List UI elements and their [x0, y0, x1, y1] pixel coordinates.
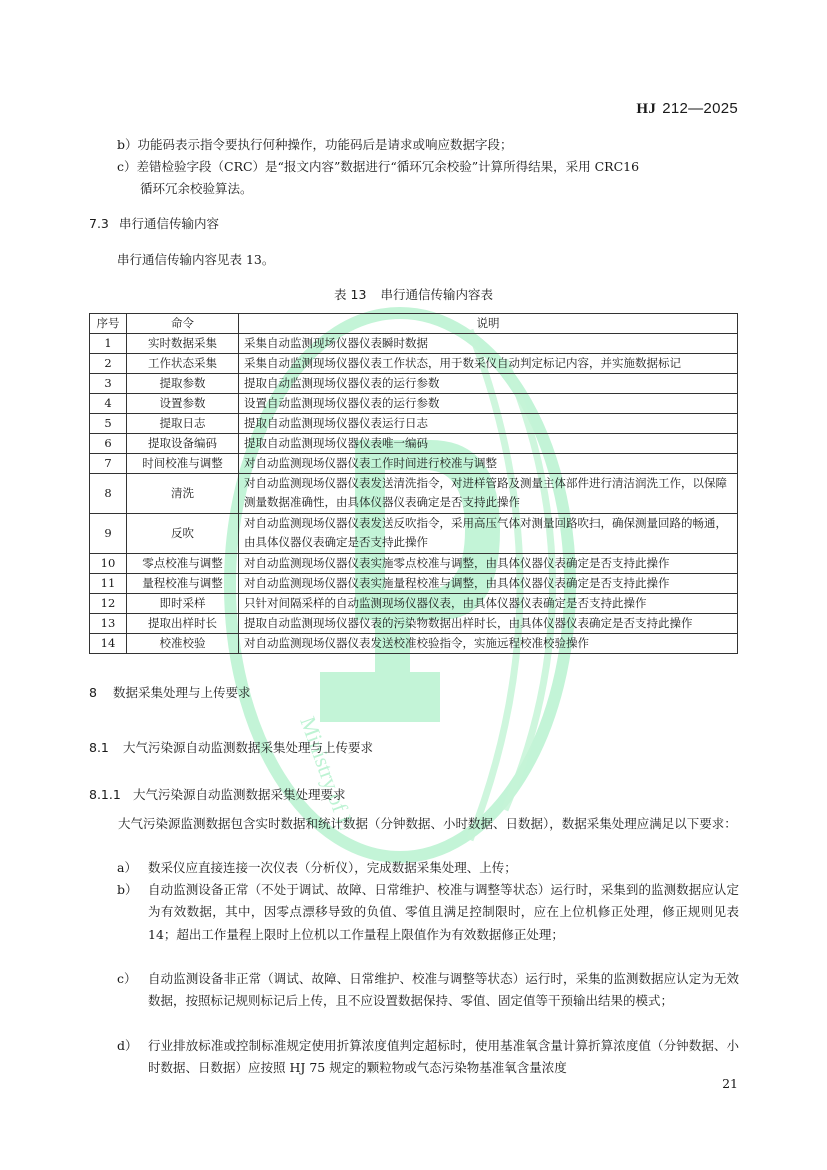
- cell-command: 提取日志: [127, 413, 239, 433]
- table-label: 表 13: [334, 287, 366, 302]
- cell-no: 8: [90, 473, 127, 513]
- column-header-description: 说明: [239, 314, 738, 334]
- table-row: 14校准校验对自动监测现场仪器仪表发送校准校验指令，实施远程校准校验操作: [90, 633, 738, 653]
- cell-description: 采集自动监测现场仪器仪表工作状态，用于数采仪自动判定标记内容，并实施数据标记: [239, 353, 738, 373]
- section-title: 大气污染源自动监测数据采集处理要求: [133, 787, 346, 802]
- column-header-no: 序号: [90, 314, 127, 334]
- list-marker: c）: [117, 159, 137, 174]
- table-row: 7时间校准与调整对自动监测现场仪器仪表工作时间进行校准与调整: [90, 453, 738, 473]
- list-text: 自动监测设备正常（不处于调试、故障、日常维护、校准与调整等状态）运行时，采集到的…: [148, 879, 739, 946]
- section-heading-8-1-1: 8.1.1大气污染源自动监测数据采集处理要求: [89, 785, 346, 803]
- requirement-item-a: a） 数采仪应直接连接一次仪表（分析仪），完成数据采集处理、上传；: [117, 857, 739, 879]
- table-row: 9反吹对自动监测现场仪器仪表发送反吹指令，采用高压气体对测量回路吹扫，确保测量回…: [90, 513, 738, 553]
- table-title: 串行通信传输内容表: [380, 287, 493, 302]
- list-marker: a）: [117, 857, 147, 879]
- section-number: 8.1: [89, 740, 123, 755]
- cell-no: 10: [90, 553, 127, 573]
- section-heading-8: 8数据采集处理与上传要求: [89, 683, 251, 701]
- cell-description: 设置自动监测现场仪器仪表的运行参数: [239, 393, 738, 413]
- table-row: 4设置参数设置自动监测现场仪器仪表的运行参数: [90, 393, 738, 413]
- cell-command: 工作状态采集: [127, 353, 239, 373]
- cell-no: 2: [90, 353, 127, 373]
- cell-description: 只针对间隔采样的自动监测现场仪器仪表，由具体仪器仪表确定是否支持此操作: [239, 593, 738, 613]
- section-7-3-intro: 串行通信传输内容见表 13。: [117, 249, 274, 271]
- table-row: 8清洗对自动监测现场仪器仪表发送清洗指令，对进样管路及测量主体部件进行清洁润洗工…: [90, 473, 738, 513]
- cell-no: 3: [90, 373, 127, 393]
- cell-no: 14: [90, 633, 127, 653]
- list-marker: d）: [117, 1035, 147, 1057]
- table-row: 13提取出样时长提取自动监测现场仪器仪表的污染物数据出样时长，由具体仪器仪表确定…: [90, 613, 738, 633]
- cell-no: 13: [90, 613, 127, 633]
- cell-command: 提取出样时长: [127, 613, 239, 633]
- cell-no: 11: [90, 573, 127, 593]
- requirement-item-d: d） 行业排放标准或控制标准规定使用折算浓度值判定超标时，使用基准氧含量计算折算…: [117, 1035, 739, 1080]
- table-row: 12即时采样只针对间隔采样的自动监测现场仪器仪表，由具体仪器仪表确定是否支持此操…: [90, 593, 738, 613]
- cell-description: 提取自动监测现场仪器仪表运行日志: [239, 413, 738, 433]
- cell-description: 对自动监测现场仪器仪表工作时间进行校准与调整: [239, 453, 738, 473]
- list-text-line1: 差错检验字段（CRC）是“报文内容”数据进行“循环冗余校验”计算所得结果，采用 …: [137, 159, 640, 174]
- section-8-1-1-intro: 大气污染源监测数据包含实时数据和统计数据（分钟数据、小时数据、日数据），数据采集…: [89, 813, 739, 835]
- table-row: 11量程校准与调整对自动监测现场仪器仪表实施量程校准与调整，由具体仪器仪表确定是…: [90, 573, 738, 593]
- cell-command: 时间校准与调整: [127, 453, 239, 473]
- table-row: 10零点校准与调整对自动监测现场仪器仪表实施零点校准与调整，由具体仪器仪表确定是…: [90, 553, 738, 573]
- cell-command: 提取设备编码: [127, 433, 239, 453]
- list-text: 数采仪应直接连接一次仪表（分析仪），完成数据采集处理、上传；: [148, 857, 739, 879]
- cell-description: 对自动监测现场仪器仪表发送校准校验指令，实施远程校准校验操作: [239, 633, 738, 653]
- table-row: 2工作状态采集采集自动监测现场仪器仪表工作状态，用于数采仪自动判定标记内容，并实…: [90, 353, 738, 373]
- section-number: 8: [89, 685, 113, 700]
- cell-description: 提取自动监测现场仪器仪表的污染物数据出样时长，由具体仪器仪表确定是否支持此操作: [239, 613, 738, 633]
- cell-description: 提取自动监测现场仪器仪表唯一编码: [239, 433, 738, 453]
- list-marker: c）: [117, 968, 147, 990]
- list-text: 功能码表示指令要执行何种操作，功能码后是请求或响应数据字段；: [138, 137, 513, 152]
- cell-no: 7: [90, 453, 127, 473]
- table-row: 5提取日志提取自动监测现场仪器仪表运行日志: [90, 413, 738, 433]
- requirement-item-b: b） 自动监测设备正常（不处于调试、故障、日常维护、校准与调整等状态）运行时，采…: [117, 879, 739, 946]
- section-title: 串行通信传输内容: [119, 216, 219, 231]
- requirement-item-c: c） 自动监测设备非正常（调试、故障、日常维护、校准与调整等状态）运行时，采集的…: [117, 968, 739, 1013]
- cell-command: 设置参数: [127, 393, 239, 413]
- list-marker: b）: [117, 879, 147, 901]
- section-heading-8-1: 8.1大气污染源自动监测数据采集处理与上传要求: [89, 738, 373, 756]
- standard-prefix: HJ: [636, 101, 656, 117]
- cell-description: 对自动监测现场仪器仪表发送反吹指令，采用高压气体对测量回路吹扫，确保测量回路的畅…: [239, 513, 738, 553]
- list-item-b: b）功能码表示指令要执行何种操作，功能码后是请求或响应数据字段；: [117, 134, 747, 156]
- standard-code: HJ212—2025: [636, 100, 738, 118]
- section-title: 大气污染源自动监测数据采集处理与上传要求: [123, 740, 373, 755]
- document-page: Ministry of E HJ212—2025 b）功能码表示指令要执行何种操…: [0, 0, 827, 1170]
- cell-command: 即时采样: [127, 593, 239, 613]
- table-row: 6提取设备编码提取自动监测现场仪器仪表唯一编码: [90, 433, 738, 453]
- list-text: 行业排放标准或控制标准规定使用折算浓度值判定超标时，使用基准氧含量计算折算浓度值…: [148, 1035, 739, 1080]
- cell-description: 采集自动监测现场仪器仪表瞬时数据: [239, 333, 738, 353]
- table-header-row: 序号 命令 说明: [90, 314, 738, 334]
- cell-description: 对自动监测现场仪器仪表发送清洗指令，对进样管路及测量主体部件进行清洁润洗工作，以…: [239, 473, 738, 513]
- table-row: 3提取参数提取自动监测现场仪器仪表的运行参数: [90, 373, 738, 393]
- cell-command: 反吹: [127, 513, 239, 553]
- section-title: 数据采集处理与上传要求: [113, 685, 251, 700]
- cell-description: 对自动监测现场仪器仪表实施量程校准与调整，由具体仪器仪表确定是否支持此操作: [239, 573, 738, 593]
- list-marker: b）: [117, 137, 138, 152]
- section-heading-7-3: 7.3串行通信传输内容: [89, 214, 219, 232]
- cell-no: 9: [90, 513, 127, 553]
- cell-no: 5: [90, 413, 127, 433]
- cell-command: 零点校准与调整: [127, 553, 239, 573]
- cell-no: 6: [90, 433, 127, 453]
- cell-description: 对自动监测现场仪器仪表实施零点校准与调整，由具体仪器仪表确定是否支持此操作: [239, 553, 738, 573]
- list-text: 自动监测设备非正常（调试、故障、日常维护、校准与调整等状态）运行时，采集的监测数…: [148, 968, 739, 1013]
- page-number: 21: [722, 1076, 738, 1091]
- list-text-line2: 循环冗余校验算法。: [117, 178, 747, 200]
- column-header-command: 命令: [127, 314, 239, 334]
- cell-command: 校准校验: [127, 633, 239, 653]
- section-number: 8.1.1: [89, 787, 133, 802]
- cell-no: 4: [90, 393, 127, 413]
- cell-command: 提取参数: [127, 373, 239, 393]
- table-caption: 表 13串行通信传输内容表: [0, 285, 827, 303]
- cell-description: 提取自动监测现场仪器仪表的运行参数: [239, 373, 738, 393]
- cell-command: 量程校准与调整: [127, 573, 239, 593]
- section-number: 7.3: [89, 216, 119, 231]
- cell-command: 清洗: [127, 473, 239, 513]
- command-table: 序号 命令 说明 1实时数据采集采集自动监测现场仪器仪表瞬时数据 2工作状态采集…: [89, 313, 738, 654]
- cell-no: 1: [90, 333, 127, 353]
- list-item-c: c）差错检验字段（CRC）是“报文内容”数据进行“循环冗余校验”计算所得结果，采…: [117, 156, 747, 200]
- cell-command: 实时数据采集: [127, 333, 239, 353]
- table-row: 1实时数据采集采集自动监测现场仪器仪表瞬时数据: [90, 333, 738, 353]
- standard-number: 212—2025: [662, 100, 738, 117]
- cell-no: 12: [90, 593, 127, 613]
